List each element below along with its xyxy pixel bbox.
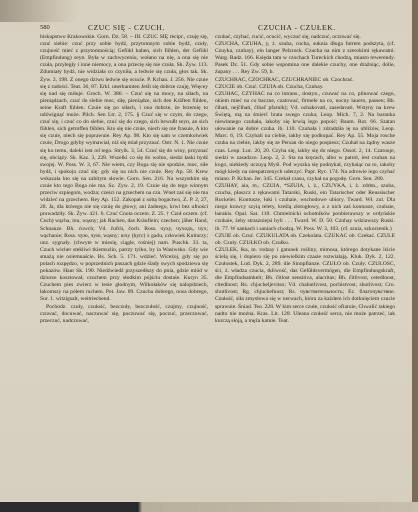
page-number: 580 <box>40 24 50 31</box>
right-running-header: CZUCHA - CZUŁEK. <box>258 23 336 32</box>
left-column: biskupstwo Krakowskie. Gorn. Dz. 58. – I… <box>40 34 208 325</box>
right-paragraph: CZUHAY, aia, m., CZUIA, *SZUIA, i, ż., C… <box>215 183 395 233</box>
left-paragraph: Pochodz. czuły, czułość, bezczuły, bezcz… <box>40 304 208 325</box>
page-bottom-edge <box>0 502 418 512</box>
book-edge <box>412 0 418 512</box>
right-paragraph: CZUCIE ob. Czuć. CZUIA ob. Czucha, Czuha… <box>215 84 395 91</box>
right-column: czuhać, czyhać, cucić, ocucić, wyczuć si… <box>215 34 395 325</box>
left-running-header: CZUC SIĘ - CZUCH. <box>88 23 165 32</box>
right-paragraph: CZULEK, łka, m. rodzay i gatunek rośliny… <box>215 247 395 325</box>
right-paragraph: CZUCHRAC, CZOCHRAC, CZUCHRANIEC ob. Czoc… <box>215 77 395 84</box>
scanned-page: 580 CZUC SIĘ - CZUCH. CZUCHA - CZUŁEK. b… <box>0 0 412 502</box>
right-paragraph: CZUCHA, CZUHA, y, ż. szuba, cucha, sukni… <box>215 41 395 76</box>
left-paragraph: biskupstwo Krakowskie. Gorn. Dz. 58. – I… <box>40 34 208 304</box>
right-paragraph: CZUHAC, CZYHAC na co intrans., dostyn., … <box>215 91 395 183</box>
right-paragraph: CZUIE ob. Czuć. CZUKULATA ob. Czekolata.… <box>215 233 395 247</box>
page-shadow <box>0 0 80 22</box>
